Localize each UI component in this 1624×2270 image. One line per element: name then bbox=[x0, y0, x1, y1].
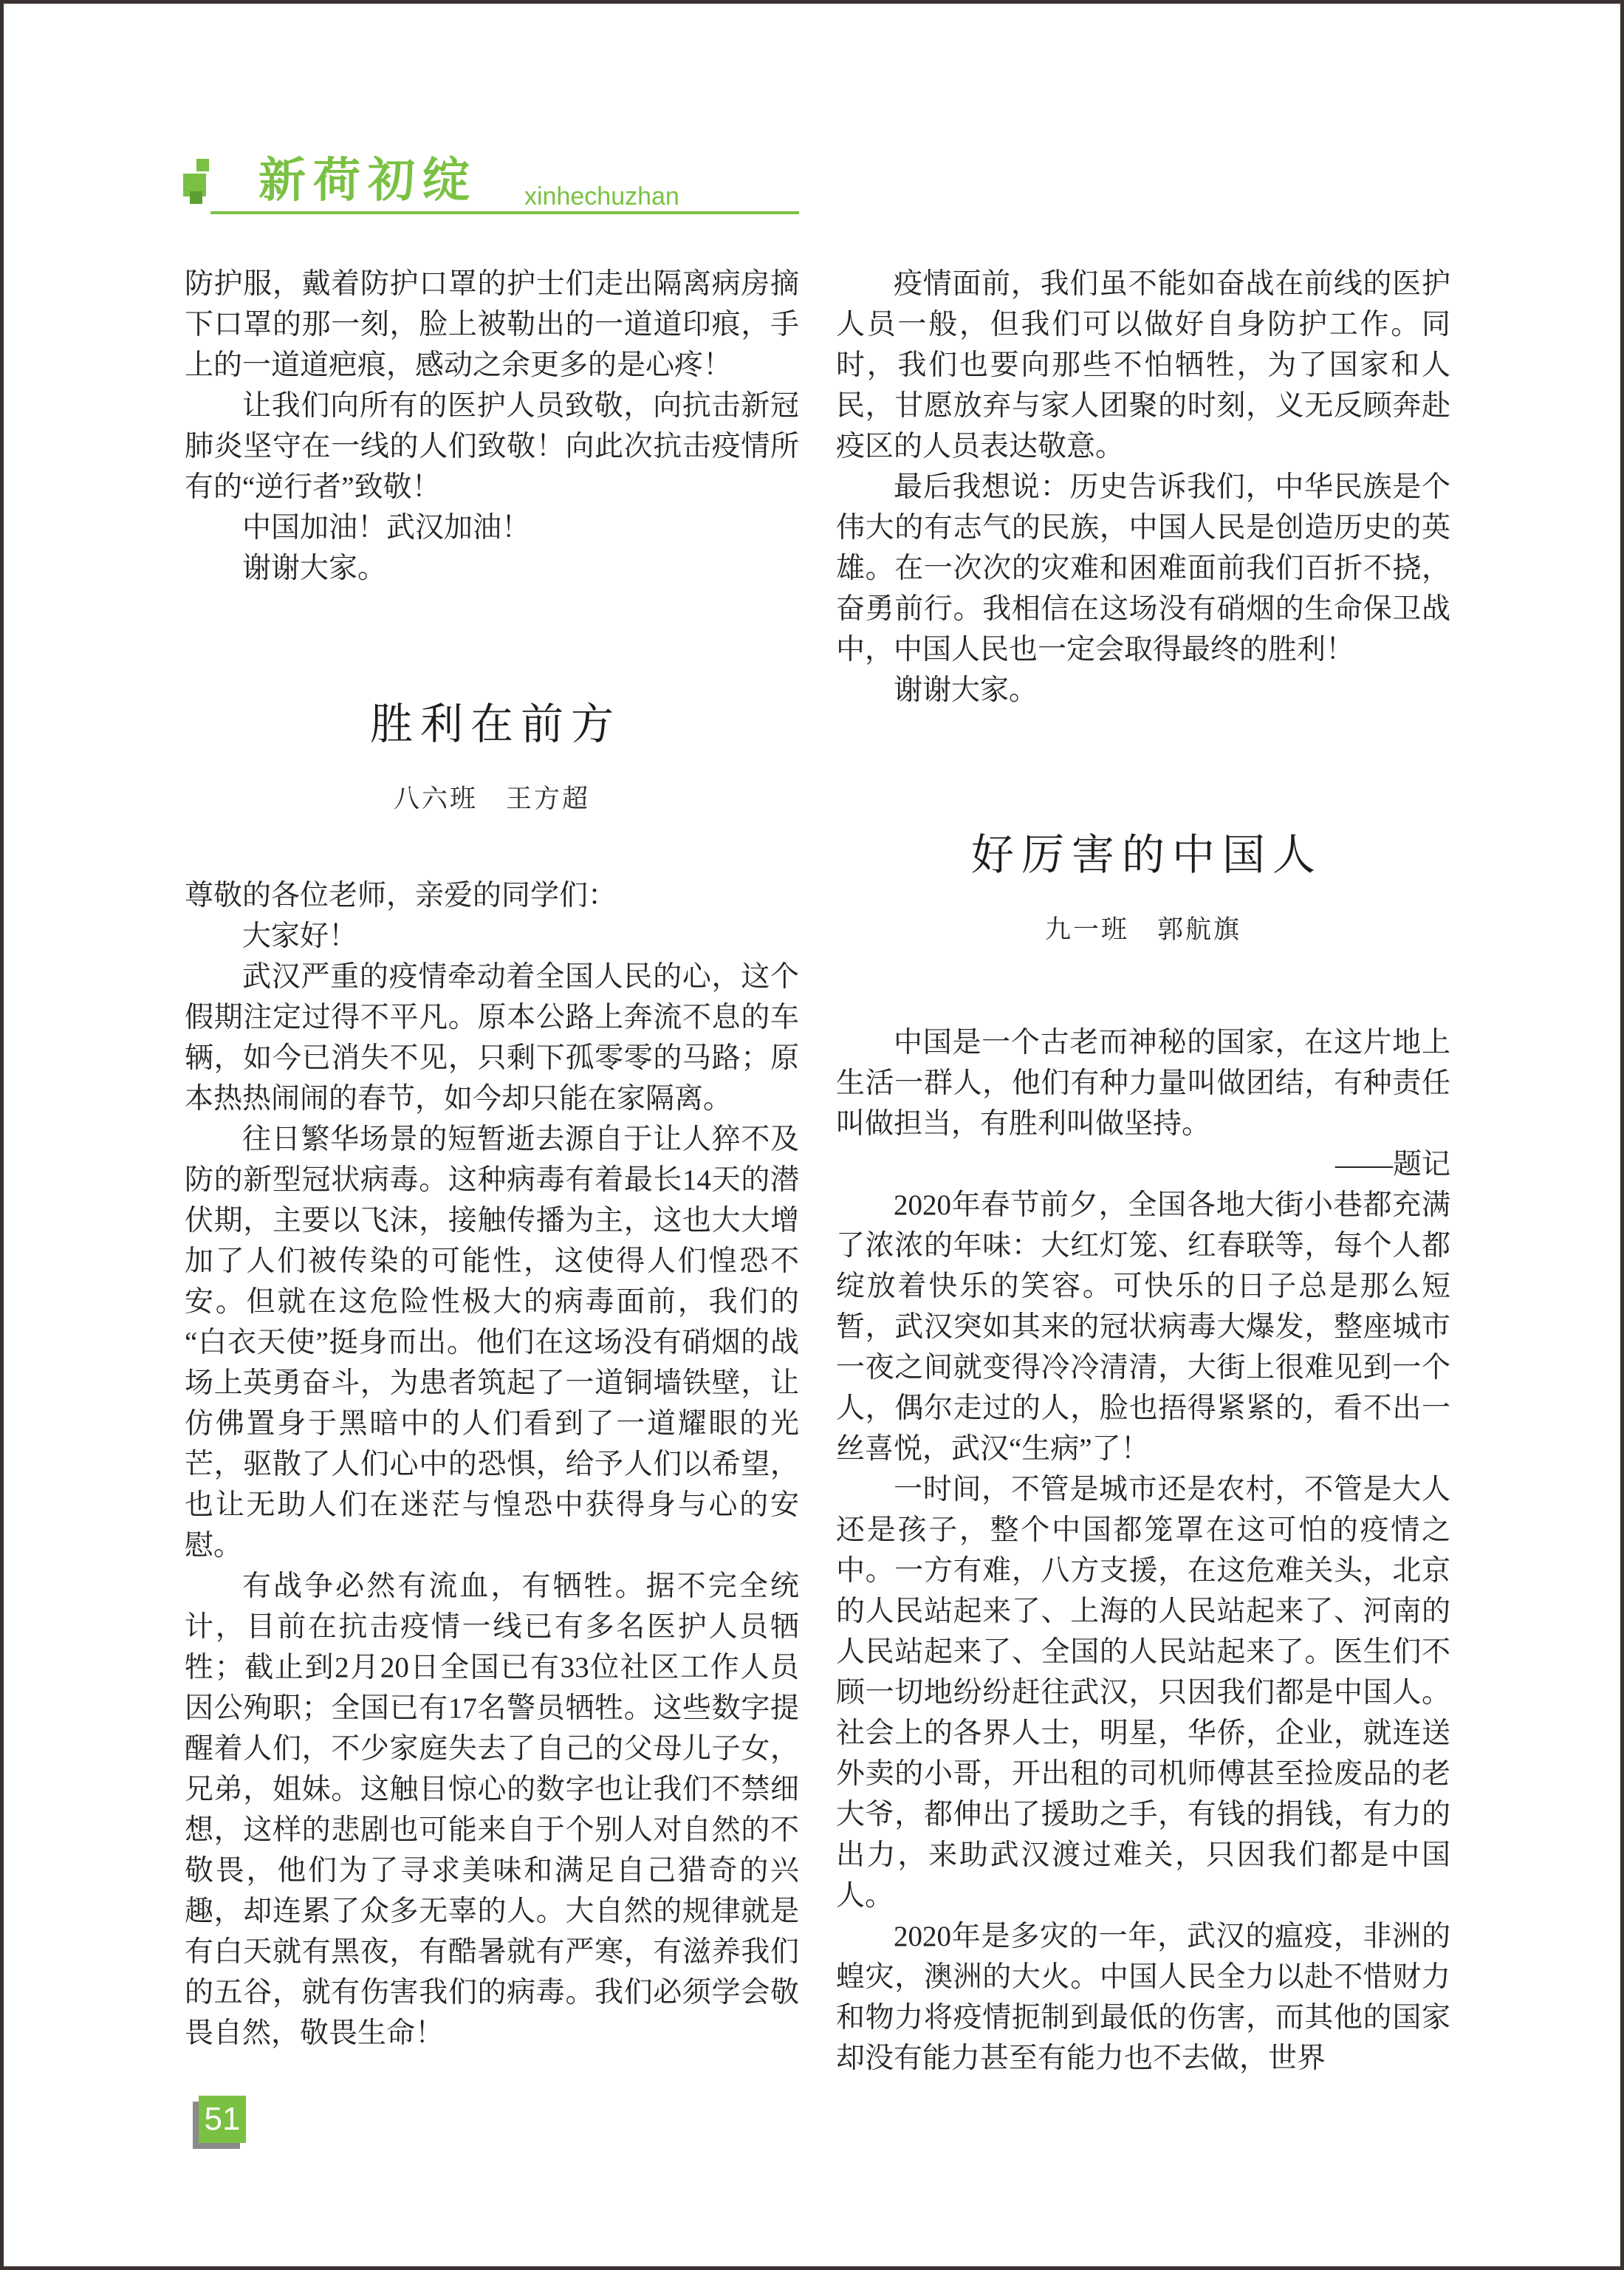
page-number: 51 bbox=[199, 2096, 246, 2143]
magazine-page: 新荷初绽 xinhechuzhan 防护服，戴着防护口罩的护士们走出隔离病房摘下… bbox=[0, 0, 1624, 2270]
paragraph: 中国加油！武汉加油！ bbox=[185, 507, 799, 548]
paragraph: 最后我想说：历史告诉我们，中华民族是个伟大的有志气的民族，中国人民是创造历史的英… bbox=[836, 467, 1450, 670]
logo-square-top-icon bbox=[196, 159, 209, 171]
paragraph: 大家好！ bbox=[185, 916, 799, 957]
left-column: 防护服，戴着防护口罩的护士们走出隔离病房摘下口罩的那一刻，脸上被勒出的一道道印痕… bbox=[185, 264, 799, 2054]
paragraph: 往日繁华场景的短暂逝去源自于让人猝不及防的新型冠状病毒。这种病毒有着最长14天的… bbox=[185, 1119, 799, 1566]
paragraph: 谢谢大家。 bbox=[836, 670, 1450, 711]
paragraph: 谢谢大家。 bbox=[185, 548, 799, 589]
paragraph: 一时间，不管是城市还是农村，不管是大人还是孩子，整个中国都笼罩在这可怕的疫情之中… bbox=[836, 1469, 1450, 1916]
article-byline: 九一班 郭航旗 bbox=[836, 915, 1450, 946]
paragraph: 防护服，戴着防护口罩的护士们走出隔离病房摘下口罩的那一刻，脸上被勒出的一道道印痕… bbox=[185, 264, 799, 386]
masthead-pinyin: xinhechuzhan bbox=[524, 182, 679, 211]
masthead-logo-icon bbox=[183, 159, 229, 206]
paragraph: 有战争必然有流血，有牺牲。据不完全统计，目前在抗击疫情一线已有多名医护人员牺牲；… bbox=[185, 1566, 799, 2054]
right-column: 疫情面前，我们虽不能如奋战在前线的医护人员一般，但我们可以做好自身防护工作。同时… bbox=[836, 264, 1450, 2079]
paragraph: 2020年是多灾的一年，武汉的瘟疫，非洲的蝗灾，澳洲的大火。中国人民全力以赴不惜… bbox=[836, 1916, 1450, 2079]
paragraph: 武汉严重的疫情牵动着全国人民的心，这个假期注定过得不平凡。原本公路上奔流不息的车… bbox=[185, 957, 799, 1119]
masthead-divider bbox=[210, 211, 799, 214]
article-title: 好厉害的中国人 bbox=[836, 829, 1450, 882]
paragraph: 中国是一个古老而神秘的国家，在这片地上生活一群人，他们有种力量叫做团结，有种责任… bbox=[836, 1022, 1450, 1144]
masthead: 新荷初绽 xinhechuzhan bbox=[183, 157, 804, 219]
article-title: 胜利在前方 bbox=[185, 698, 799, 751]
logo-square-small-icon bbox=[190, 191, 202, 204]
paragraph: 2020年春节前夕，全国各地大街小巷都充满了浓浓的年味：大红灯笼、红春联等，每个… bbox=[836, 1185, 1450, 1469]
masthead-title: 新荷初绽 bbox=[258, 154, 477, 206]
article-byline: 八六班 王方超 bbox=[185, 784, 799, 815]
paragraph: 让我们向所有的医护人员致敬，向抗击新冠肺炎坚守在一线的人们致敬！向此次抗击疫情所… bbox=[185, 386, 799, 507]
epigraph-attribution: ——题记 bbox=[836, 1144, 1450, 1185]
paragraph: 尊敬的各位老师，亲爱的同学们： bbox=[185, 875, 799, 916]
paragraph: 疫情面前，我们虽不能如奋战在前线的医护人员一般，但我们可以做好自身防护工作。同时… bbox=[836, 264, 1450, 467]
